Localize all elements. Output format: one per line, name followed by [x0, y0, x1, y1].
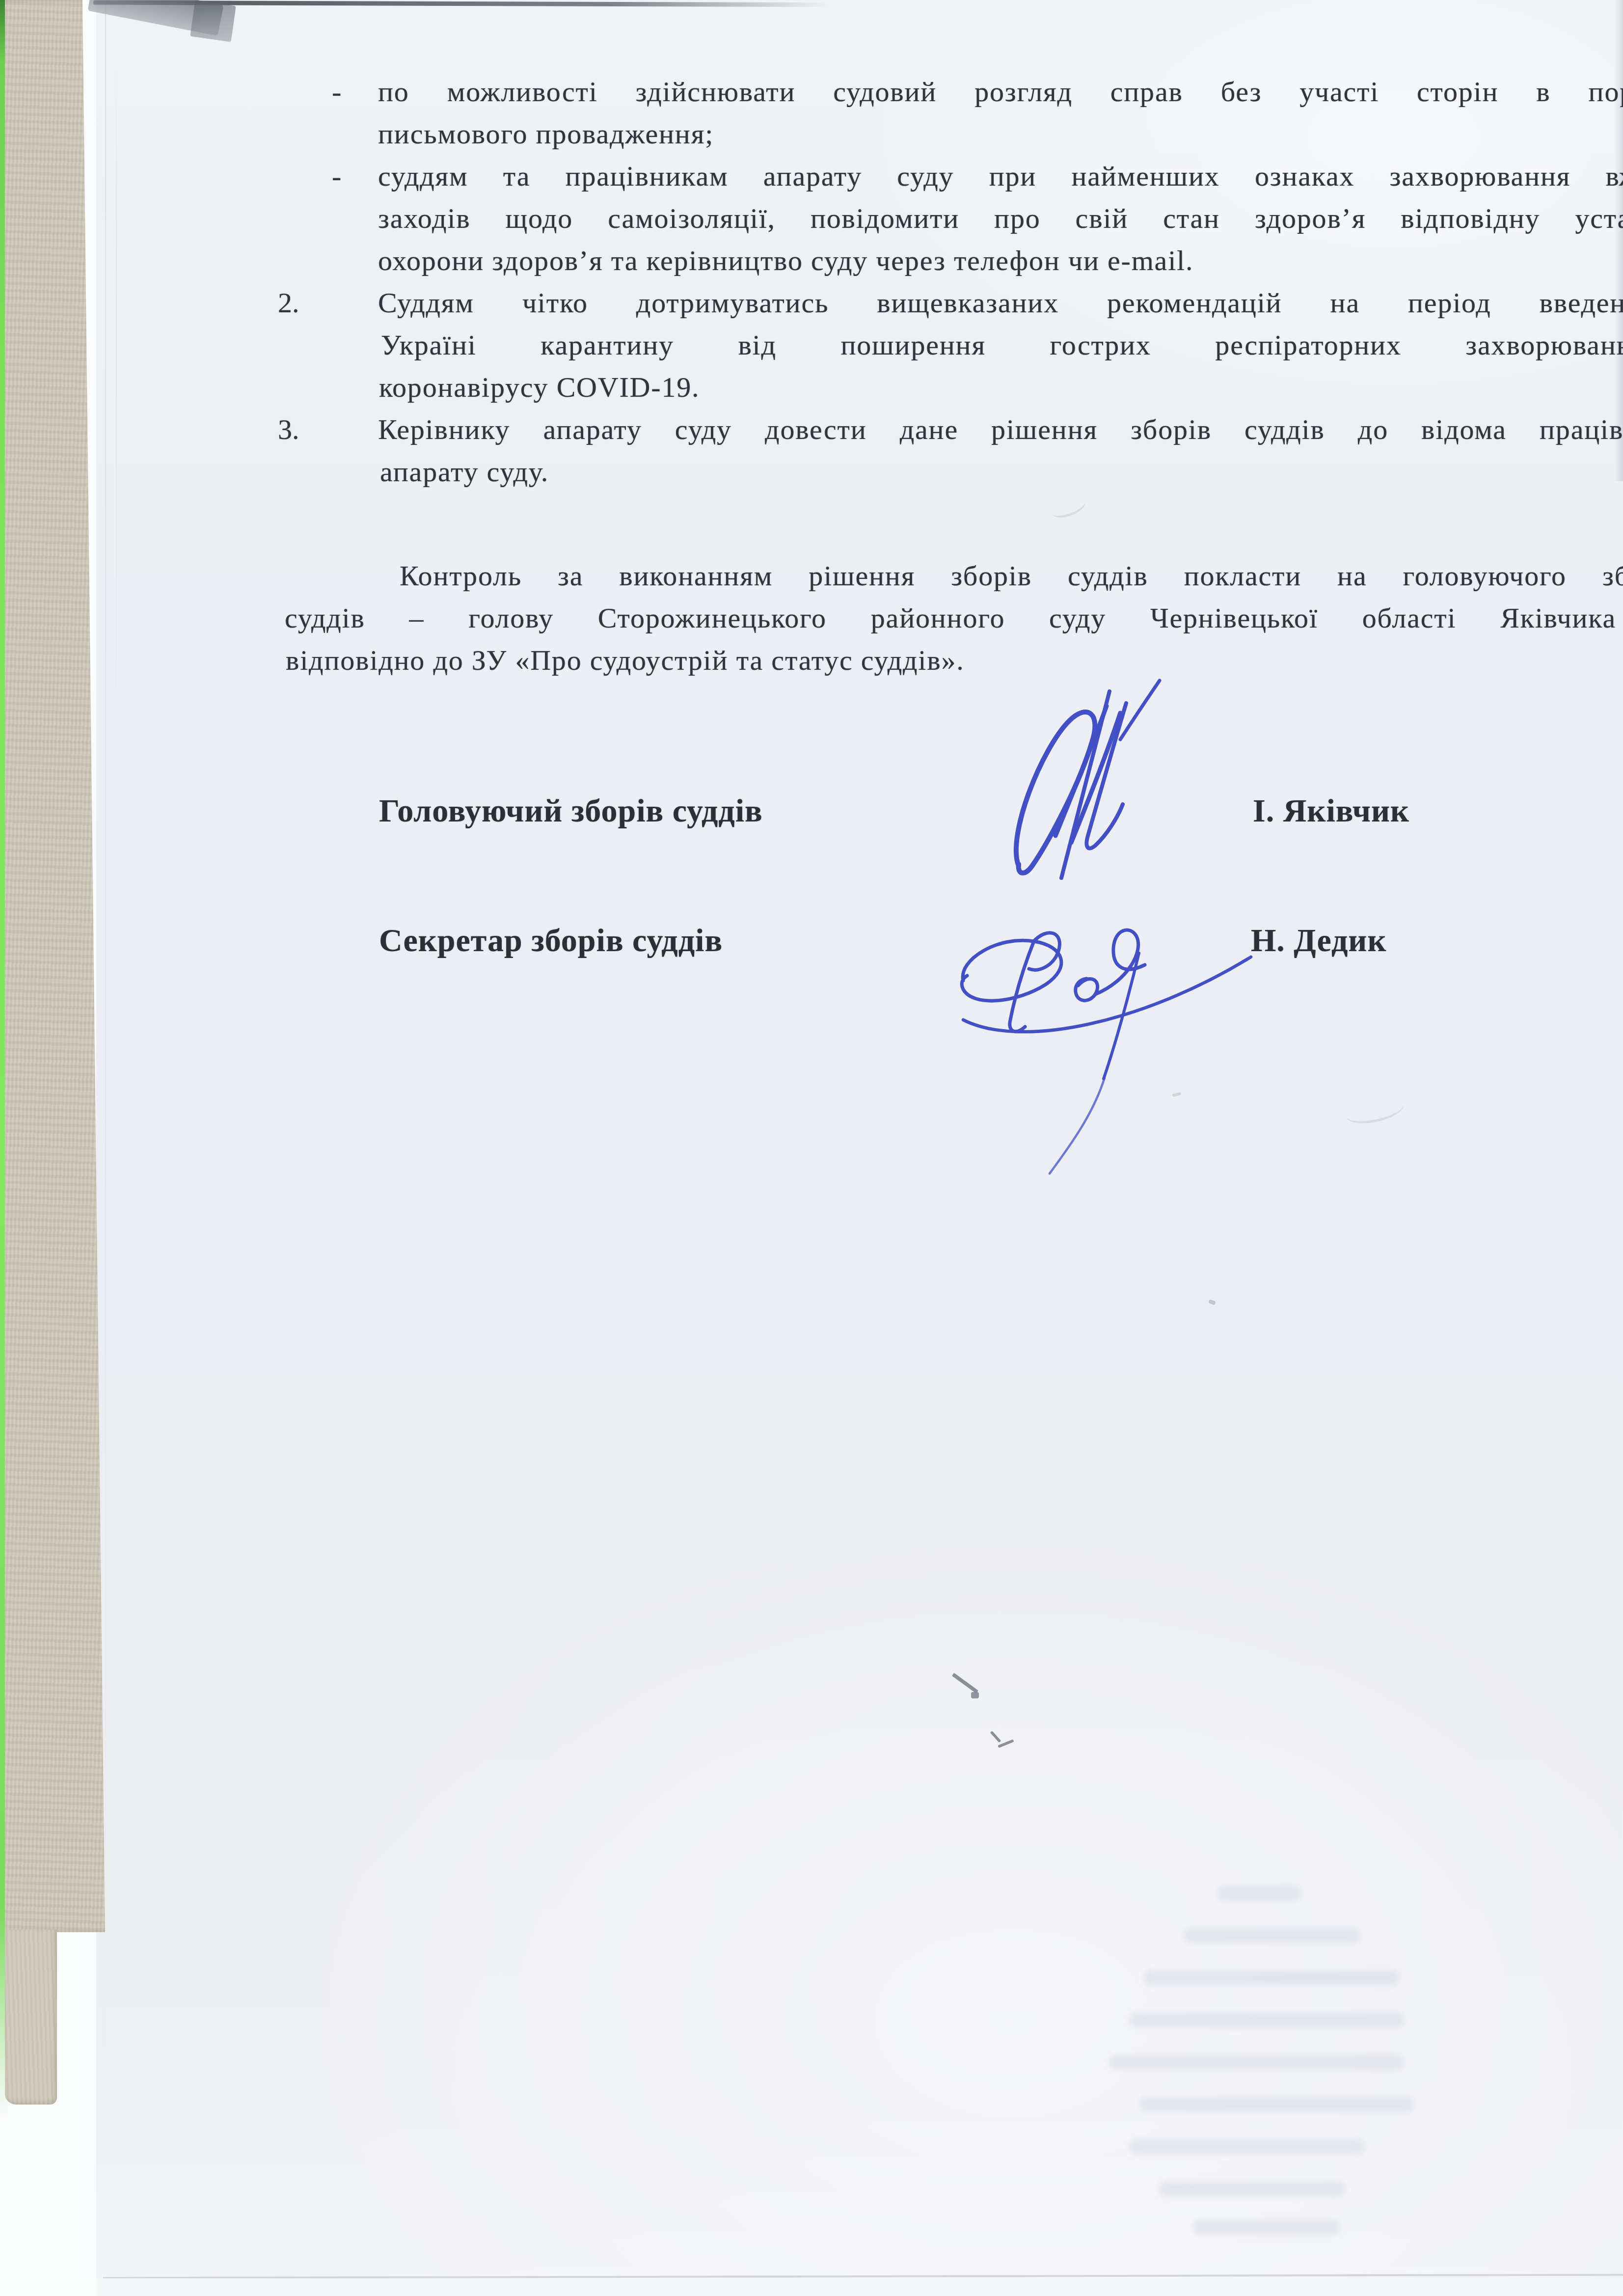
text-line: по можливості здійснювати судовий розгля… [378, 74, 1623, 110]
list-number: 3. [278, 411, 299, 448]
handwritten-signature-chair [997, 674, 1173, 885]
bullet-dash: - [332, 74, 341, 110]
bleedthrough-line [1217, 1886, 1301, 1901]
text-line: Суддям чітко дотримуватись вищевказаних … [378, 285, 1623, 321]
text-line: суддів – голову Сторожинецького районног… [285, 600, 1616, 636]
signature-role-secretary: Секретар зборів суддів [379, 921, 723, 960]
text-line: охорони здоров’я та керівництво суду чер… [378, 243, 1193, 279]
scanned-document-page: - по можливості здійснювати судовий розг… [0, 0, 1623, 2296]
top-corner-shadow [190, 0, 236, 42]
page-bottom-margin [96, 2278, 1623, 2296]
bleedthrough-line [1193, 2219, 1340, 2235]
signature-role-chair: Головуючий зборів суддів [379, 792, 763, 831]
pen-mark-artifact-tip [971, 1692, 979, 1698]
text-line: суддям та працівникам апарату суду при н… [378, 158, 1623, 194]
text-line: коронавірусу COVID-19. [379, 369, 700, 406]
text-line: відповідно до ЗУ «Про судоустрій та стат… [286, 642, 965, 679]
bleedthrough-line [1159, 2181, 1345, 2197]
text-line: письмового провадження; [378, 116, 714, 152]
bleedthrough-line [1129, 2012, 1404, 2028]
handwritten-signature-secretary [933, 906, 1276, 1181]
bleedthrough-line [1139, 2097, 1414, 2112]
signature-name-yakivchyk: І. Яківчик [1253, 792, 1409, 831]
text-line: Керівнику апарату суду довести дане ріше… [378, 411, 1623, 448]
bleedthrough-line [1109, 2054, 1404, 2070]
list-number: 2. [278, 285, 299, 321]
bleedthrough-line [1129, 2139, 1365, 2155]
page-left-edge-line-2 [116, 59, 117, 795]
bleedthrough-line [1183, 1928, 1360, 1943]
text-line: Україні карантину від поширення гострих … [381, 327, 1623, 363]
text-line: Контроль за виконанням рішення зборів су… [400, 558, 1623, 594]
text-line: заходів щодо самоізоляції, повідомити пр… [378, 200, 1623, 237]
bullet-dash: - [332, 158, 341, 194]
bleedthrough-line [1144, 1970, 1399, 1986]
page-left-edge-line [105, 0, 106, 2111]
text-line: апарату суду. [380, 454, 549, 490]
cardboard-strip-lower [5, 1930, 57, 2105]
right-edge-shadow [1614, 0, 1623, 481]
